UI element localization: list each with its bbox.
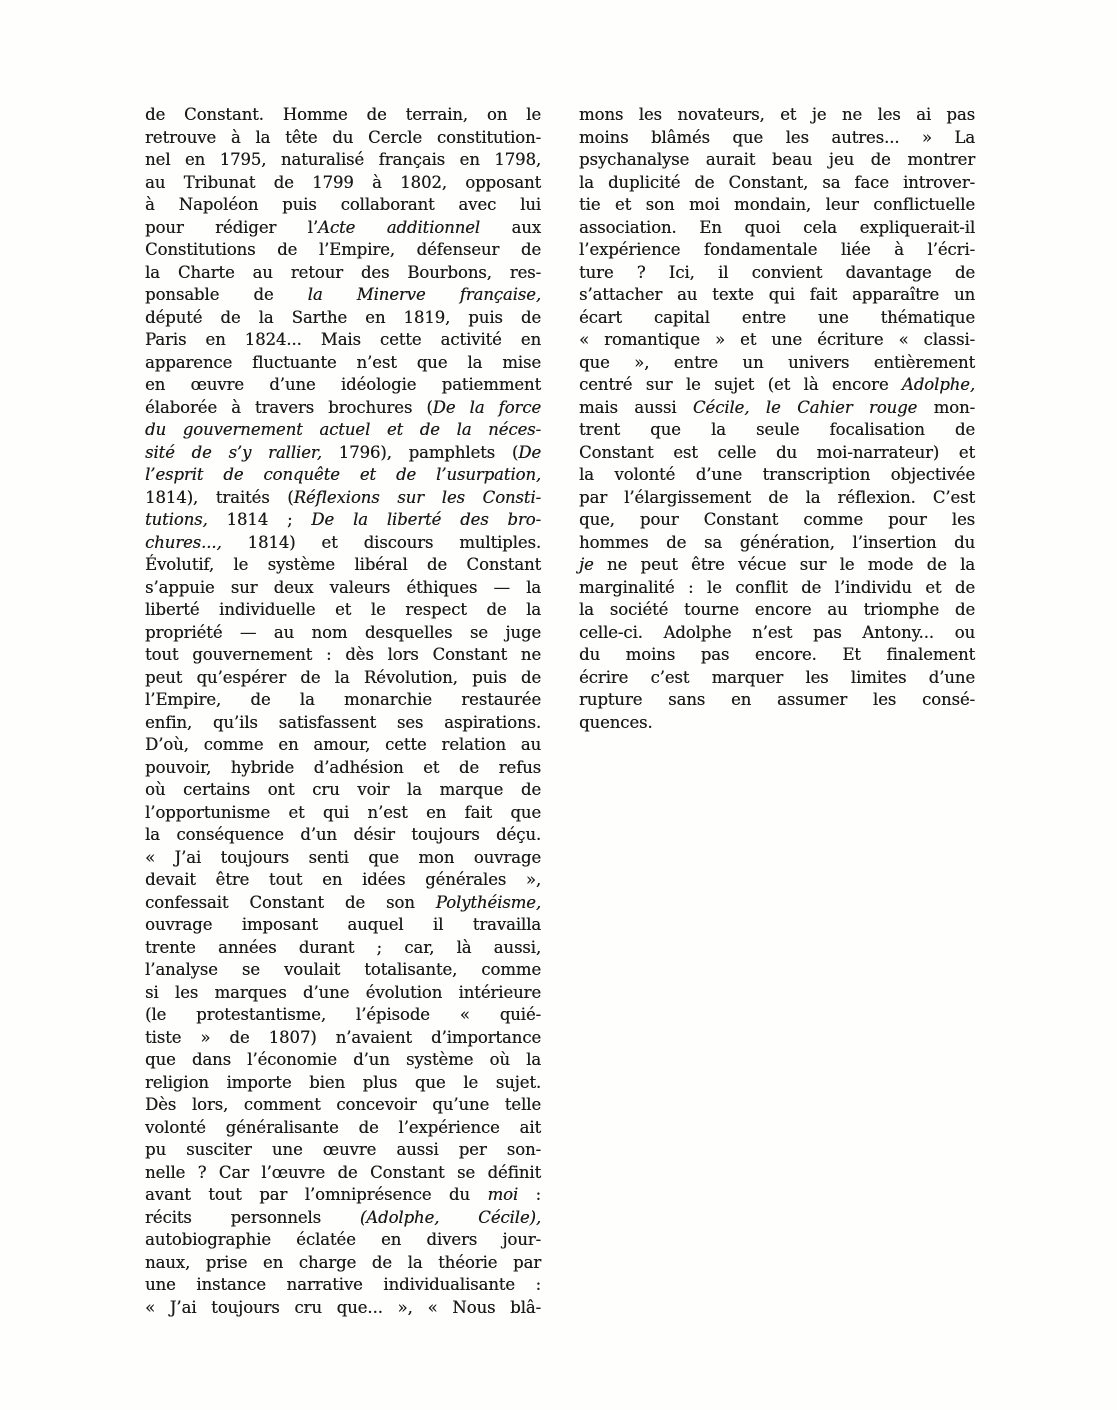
text-segment: tiste » de 1807) n’avaient d’importance: [145, 1028, 541, 1047]
text-line: à Napoléon puis collaborant avec lui: [145, 194, 541, 217]
text-line: Constitutions de l’Empire, défenseur de: [145, 239, 541, 262]
text-segment: l’expérience fondamentale liée à l’écri-: [579, 240, 975, 259]
italic-text-segment: je: [579, 555, 594, 574]
text-line: je ne peut être vécue sur le mode de la: [579, 554, 975, 577]
text-line: député de la Sarthe en 1819, puis de: [145, 307, 541, 330]
text-segment: pour rédiger l’: [145, 218, 318, 237]
text-line: confessait Constant de son Polythéisme,: [145, 892, 541, 915]
text-line: écrire c’est marquer les limites d’une: [579, 667, 975, 690]
italic-text-segment: Acte additionnel: [318, 218, 480, 237]
italic-text-segment: De la liberté des bro-: [311, 510, 541, 529]
text-segment: pouvoir, hybride d’adhésion et de refus: [145, 758, 541, 777]
text-line: du moins pas encore. Et finalement: [579, 644, 975, 667]
text-line: la Charte au retour des Bourbons, res-: [145, 262, 541, 285]
italic-text-segment: la Minerve française,: [308, 285, 541, 304]
text-line: si les marques d’une évolution intérieur…: [145, 982, 541, 1005]
text-segment: par l’élargissement de la réflexion. C’e…: [579, 488, 975, 507]
italic-text-segment: Polythéisme,: [436, 893, 541, 912]
text-line: centré sur le sujet (et là encore Adolph…: [579, 374, 975, 397]
text-line: Paris en 1824... Mais cette activité en: [145, 329, 541, 352]
text-line: ture ? Ici, il convient davantage de: [579, 262, 975, 285]
text-line: l’opportunisme et qui n’est en fait que: [145, 802, 541, 825]
text-line: par l’élargissement de la réflexion. C’e…: [579, 487, 975, 510]
text-line: religion importe bien plus que le sujet.: [145, 1072, 541, 1095]
text-line: moins blâmés que les autres... » La: [579, 127, 975, 150]
text-segment: moins blâmés que les autres... » La: [579, 128, 975, 147]
text-line: pu susciter une œuvre aussi per son-: [145, 1139, 541, 1162]
text-line: s’appuie sur deux valeurs éthiques — la: [145, 577, 541, 600]
text-segment: mais aussi: [579, 398, 693, 417]
text-segment: aux: [480, 218, 541, 237]
text-line: la volonté d’une transcription objectivé…: [579, 464, 975, 487]
text-line: volonté généralisante de l’expérience ai…: [145, 1117, 541, 1140]
italic-text-segment: Adolphe,: [902, 375, 975, 394]
text-segment: où certains ont cru voir la marque de: [145, 780, 541, 799]
text-line: psychanalyse aurait beau jeu de montrer: [579, 149, 975, 172]
text-segment: que », entre un univers entièrement: [579, 353, 975, 372]
text-line: tiste » de 1807) n’avaient d’importance: [145, 1027, 541, 1050]
text-segment: la conséquence d’un désir toujours déçu.: [145, 825, 541, 844]
text-segment: ne peut être vécue sur le mode de la: [594, 555, 975, 574]
italic-text-segment: chures...,: [145, 533, 222, 552]
text-line: pour rédiger l’Acte additionnel aux: [145, 217, 541, 240]
text-line: marginalité : le conflit de l’individu e…: [579, 577, 975, 600]
text-line: trent que la seule focalisation de: [579, 419, 975, 442]
text-line: la duplicité de Constant, sa face introv…: [579, 172, 975, 195]
text-line: autobiographie éclatée en divers jour-: [145, 1229, 541, 1252]
text-segment: député de la Sarthe en 1819, puis de: [145, 308, 541, 327]
text-segment: s’attacher au texte qui fait apparaître …: [579, 285, 975, 304]
text-segment: Évolutif, le système libéral de Constant: [145, 555, 541, 574]
text-segment: Constant est celle du moi-narrateur) et: [579, 443, 975, 462]
text-line: retrouve à la tête du Cercle constitutio…: [145, 127, 541, 150]
text-segment: du moins pas encore. Et finalement: [579, 645, 975, 664]
text-segment: naux, prise en charge de la théorie par: [145, 1253, 541, 1272]
text-line: 1814), traités (Réflexions sur les Const…: [145, 487, 541, 510]
text-line: enfin, qu’ils satisfassent ses aspiratio…: [145, 712, 541, 735]
text-line: trente années durant ; car, là aussi,: [145, 937, 541, 960]
text-line: peut qu’espérer de la Révolution, puis d…: [145, 667, 541, 690]
text-line: la société tourne encore au triomphe de: [579, 599, 975, 622]
text-segment: rupture sans en assumer les consé-: [579, 690, 975, 709]
text-segment: mon-: [917, 398, 975, 417]
italic-text-segment: sité de s’y rallier,: [145, 443, 322, 462]
text-segment: confessait Constant de son: [145, 893, 436, 912]
italic-text-segment: du gouvernement actuel et de la néces-: [145, 420, 541, 439]
text-segment: que dans l’économie d’un système où la: [145, 1050, 541, 1069]
text-line: association. En quoi cela expliquerait-i…: [579, 217, 975, 240]
text-segment: écart capital entre une thématique: [579, 308, 975, 327]
text-line: quences.: [579, 712, 975, 735]
text-segment: ture ? Ici, il convient davantage de: [579, 263, 975, 282]
text-segment: :: [518, 1185, 541, 1204]
text-line: rupture sans en assumer les consé-: [579, 689, 975, 712]
text-segment: quences.: [579, 713, 653, 732]
text-segment: ouvrage imposant auquel il travailla: [145, 915, 541, 934]
italic-text-segment: l’esprit de conquête et de l’usurpation,: [145, 465, 541, 484]
text-line: Dès lors, comment concevoir qu’une telle: [145, 1094, 541, 1117]
text-segment: « J’ai toujours cru que... », « Nous blâ…: [145, 1298, 541, 1317]
text-segment: 1796), pamphlets (: [322, 443, 518, 462]
text-segment: apparence fluctuante n’est que la mise: [145, 353, 541, 372]
text-segment: l’analyse se voulait totalisante, comme: [145, 960, 541, 979]
text-line: tout gouvernement : dès lors Constant ne: [145, 644, 541, 667]
text-line: au Tribunat de 1799 à 1802, opposant: [145, 172, 541, 195]
text-line: naux, prise en charge de la théorie par: [145, 1252, 541, 1275]
text-line: la conséquence d’un désir toujours déçu.: [145, 824, 541, 847]
text-segment: mons les novateurs, et je ne les ai pas: [579, 105, 975, 124]
text-line: élaborée à travers brochures (De la forc…: [145, 397, 541, 420]
text-line: l’esprit de conquête et de l’usurpation,: [145, 464, 541, 487]
text-segment: tie et son moi mondain, leur conflictuel…: [579, 195, 975, 214]
text-segment: une instance narrative individualisante …: [145, 1275, 541, 1294]
text-line: Constant est celle du moi-narrateur) et: [579, 442, 975, 465]
text-segment: retrouve à la tête du Cercle constitutio…: [145, 128, 541, 147]
text-segment: enfin, qu’ils satisfassent ses aspiratio…: [145, 713, 541, 732]
text-segment: la duplicité de Constant, sa face introv…: [579, 173, 975, 192]
italic-text-segment: Cécile, le Cahier rouge: [693, 398, 917, 417]
text-line: où certains ont cru voir la marque de: [145, 779, 541, 802]
text-line: sité de s’y rallier, 1796), pamphlets (D…: [145, 442, 541, 465]
text-line: liberté individuelle et le respect de la: [145, 599, 541, 622]
text-line: nelle ? Car l’œuvre de Constant se défin…: [145, 1162, 541, 1185]
text-line: de Constant. Homme de terrain, on le: [145, 104, 541, 127]
text-line: du gouvernement actuel et de la néces-: [145, 419, 541, 442]
text-segment: marginalité : le conflit de l’individu e…: [579, 578, 975, 597]
text-segment: 1814) et discours multiples.: [222, 533, 541, 552]
text-segment: (le protestantisme, l’épisode « quié-: [145, 1005, 541, 1024]
text-line: l’Empire, de la monarchie restaurée: [145, 689, 541, 712]
text-segment: Paris en 1824... Mais cette activité en: [145, 330, 541, 349]
italic-text-segment: Réflexions sur les Consti-: [294, 488, 541, 507]
text-line: « J’ai toujours cru que... », « Nous blâ…: [145, 1297, 541, 1320]
text-segment: élaborée à travers brochures (: [145, 398, 433, 417]
text-line: une instance narrative individualisante …: [145, 1274, 541, 1297]
text-line: celle-ci. Adolphe n’est pas Antony... ou: [579, 622, 975, 645]
text-segment: en œuvre d’une idéologie patiemment: [145, 375, 541, 394]
text-line: « J’ai toujours senti que mon ouvrage: [145, 847, 541, 870]
text-segment: volonté généralisante de l’expérience ai…: [145, 1118, 541, 1137]
text-segment: récits personnels: [145, 1208, 360, 1227]
text-segment: pu susciter une œuvre aussi per son-: [145, 1140, 541, 1159]
italic-text-segment: De: [518, 443, 541, 462]
text-segment: trent que la seule focalisation de: [579, 420, 975, 439]
text-segment: si les marques d’une évolution intérieur…: [145, 983, 541, 1002]
text-segment: association. En quoi cela expliquerait-i…: [579, 218, 975, 237]
text-column-right: mons les novateurs, et je ne les ai pasm…: [579, 104, 975, 1319]
text-line: Évolutif, le système libéral de Constant: [145, 554, 541, 577]
text-segment: D’où, comme en amour, cette relation au: [145, 735, 541, 754]
text-segment: « J’ai toujours senti que mon ouvrage: [145, 848, 541, 867]
text-segment: 1814 ;: [208, 510, 312, 529]
text-segment: écrire c’est marquer les limites d’une: [579, 668, 975, 687]
text-line: que », entre un univers entièrement: [579, 352, 975, 375]
text-line: écart capital entre une thématique: [579, 307, 975, 330]
text-line: que, pour Constant comme pour les: [579, 509, 975, 532]
text-line: s’attacher au texte qui fait apparaître …: [579, 284, 975, 307]
text-line: tie et son moi mondain, leur conflictuel…: [579, 194, 975, 217]
text-segment: nel en 1795, naturalisé français en 1798…: [145, 150, 541, 169]
text-segment: celle-ci. Adolphe n’est pas Antony... ou: [579, 623, 975, 642]
italic-text-segment: tutions,: [145, 510, 208, 529]
text-segment: liberté individuelle et le respect de la: [145, 600, 541, 619]
italic-text-segment: (Adolphe, Cécile),: [360, 1208, 541, 1227]
text-segment: peut qu’espérer de la Révolution, puis d…: [145, 668, 541, 687]
text-line: « romantique » et une écriture « classi-: [579, 329, 975, 352]
text-line: mons les novateurs, et je ne les ai pas: [579, 104, 975, 127]
text-line: D’où, comme en amour, cette relation au: [145, 734, 541, 757]
text-segment: autobiographie éclatée en divers jour-: [145, 1230, 541, 1249]
text-line: l’analyse se voulait totalisante, comme: [145, 959, 541, 982]
text-segment: Constitutions de l’Empire, défenseur de: [145, 240, 541, 259]
text-line: apparence fluctuante n’est que la mise: [145, 352, 541, 375]
text-segment: l’opportunisme et qui n’est en fait que: [145, 803, 541, 822]
text-line: avant tout par l’omniprésence du moi :: [145, 1184, 541, 1207]
text-segment: la société tourne encore au triomphe de: [579, 600, 975, 619]
text-segment: devait être tout en idées générales »,: [145, 870, 541, 889]
text-segment: ponsable de: [145, 285, 308, 304]
text-segment: hommes de sa génération, l’insertion du: [579, 533, 975, 552]
text-segment: Dès lors, comment concevoir qu’une telle: [145, 1095, 541, 1114]
text-segment: avant tout par l’omniprésence du: [145, 1185, 487, 1204]
text-segment: tout gouvernement : dès lors Constant ne: [145, 645, 541, 664]
text-line: propriété — au nom desquelles se juge: [145, 622, 541, 645]
text-segment: de Constant. Homme de terrain, on le: [145, 105, 541, 124]
text-line: récits personnels (Adolphe, Cécile),: [145, 1207, 541, 1230]
italic-text-segment: De la force: [433, 398, 541, 417]
text-segment: religion importe bien plus que le sujet.: [145, 1073, 541, 1092]
text-line: chures..., 1814) et discours multiples.: [145, 532, 541, 555]
document-page: de Constant. Homme de terrain, on leretr…: [0, 0, 1117, 1410]
text-line: l’expérience fondamentale liée à l’écri-: [579, 239, 975, 262]
italic-text-segment: moi: [487, 1185, 518, 1204]
text-line: ouvrage imposant auquel il travailla: [145, 914, 541, 937]
text-line: en œuvre d’une idéologie patiemment: [145, 374, 541, 397]
text-segment: l’Empire, de la monarchie restaurée: [145, 690, 541, 709]
text-segment: la volonté d’une transcription objectivé…: [579, 465, 975, 484]
text-segment: nelle ? Car l’œuvre de Constant se défin…: [145, 1163, 541, 1182]
text-segment: que, pour Constant comme pour les: [579, 510, 975, 529]
text-line: hommes de sa génération, l’insertion du: [579, 532, 975, 555]
text-segment: s’appuie sur deux valeurs éthiques — la: [145, 578, 541, 597]
text-segment: la Charte au retour des Bourbons, res-: [145, 263, 541, 282]
text-segment: au Tribunat de 1799 à 1802, opposant: [145, 173, 541, 192]
text-line: que dans l’économie d’un système où la: [145, 1049, 541, 1072]
text-segment: propriété — au nom desquelles se juge: [145, 623, 541, 642]
text-line: tutions, 1814 ; De la liberté des bro-: [145, 509, 541, 532]
text-line: mais aussi Cécile, le Cahier rouge mon-: [579, 397, 975, 420]
text-columns: de Constant. Homme de terrain, on leretr…: [145, 104, 975, 1319]
text-line: (le protestantisme, l’épisode « quié-: [145, 1004, 541, 1027]
text-column-left: de Constant. Homme de terrain, on leretr…: [145, 104, 541, 1319]
text-segment: trente années durant ; car, là aussi,: [145, 938, 541, 957]
text-line: nel en 1795, naturalisé français en 1798…: [145, 149, 541, 172]
text-segment: à Napoléon puis collaborant avec lui: [145, 195, 541, 214]
text-line: ponsable de la Minerve française,: [145, 284, 541, 307]
text-line: devait être tout en idées générales »,: [145, 869, 541, 892]
text-line: pouvoir, hybride d’adhésion et de refus: [145, 757, 541, 780]
text-segment: psychanalyse aurait beau jeu de montrer: [579, 150, 975, 169]
text-segment: « romantique » et une écriture « classi-: [579, 330, 975, 349]
text-segment: 1814), traités (: [145, 488, 294, 507]
text-segment: centré sur le sujet (et là encore: [579, 375, 902, 394]
